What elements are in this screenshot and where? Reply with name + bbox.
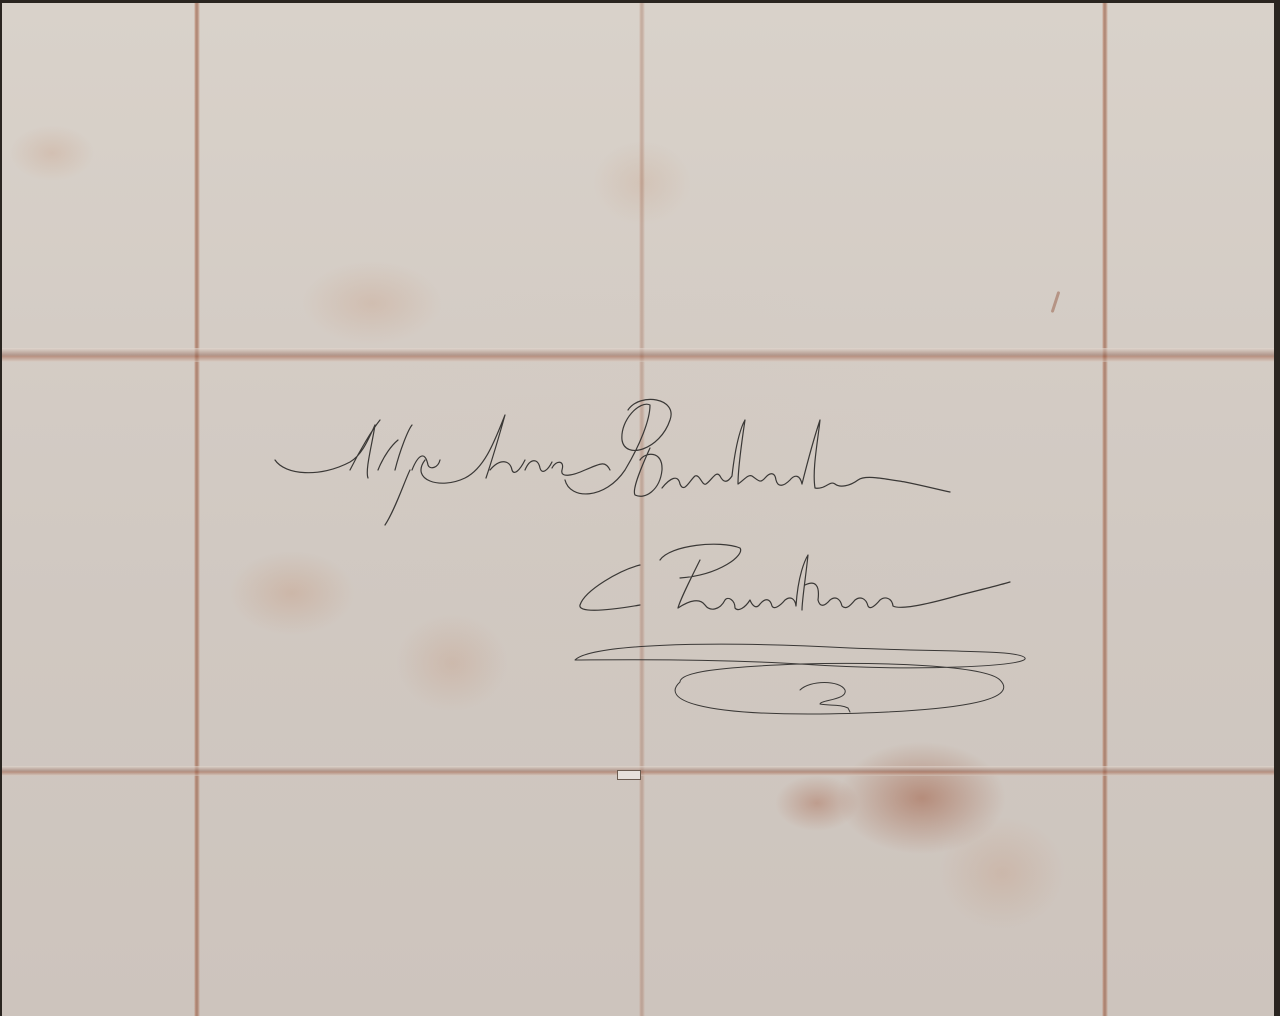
address-block: Miss Jane Broadbent Roundthorn xyxy=(0,0,1280,1016)
handwriting-script-icon xyxy=(0,0,1280,1016)
